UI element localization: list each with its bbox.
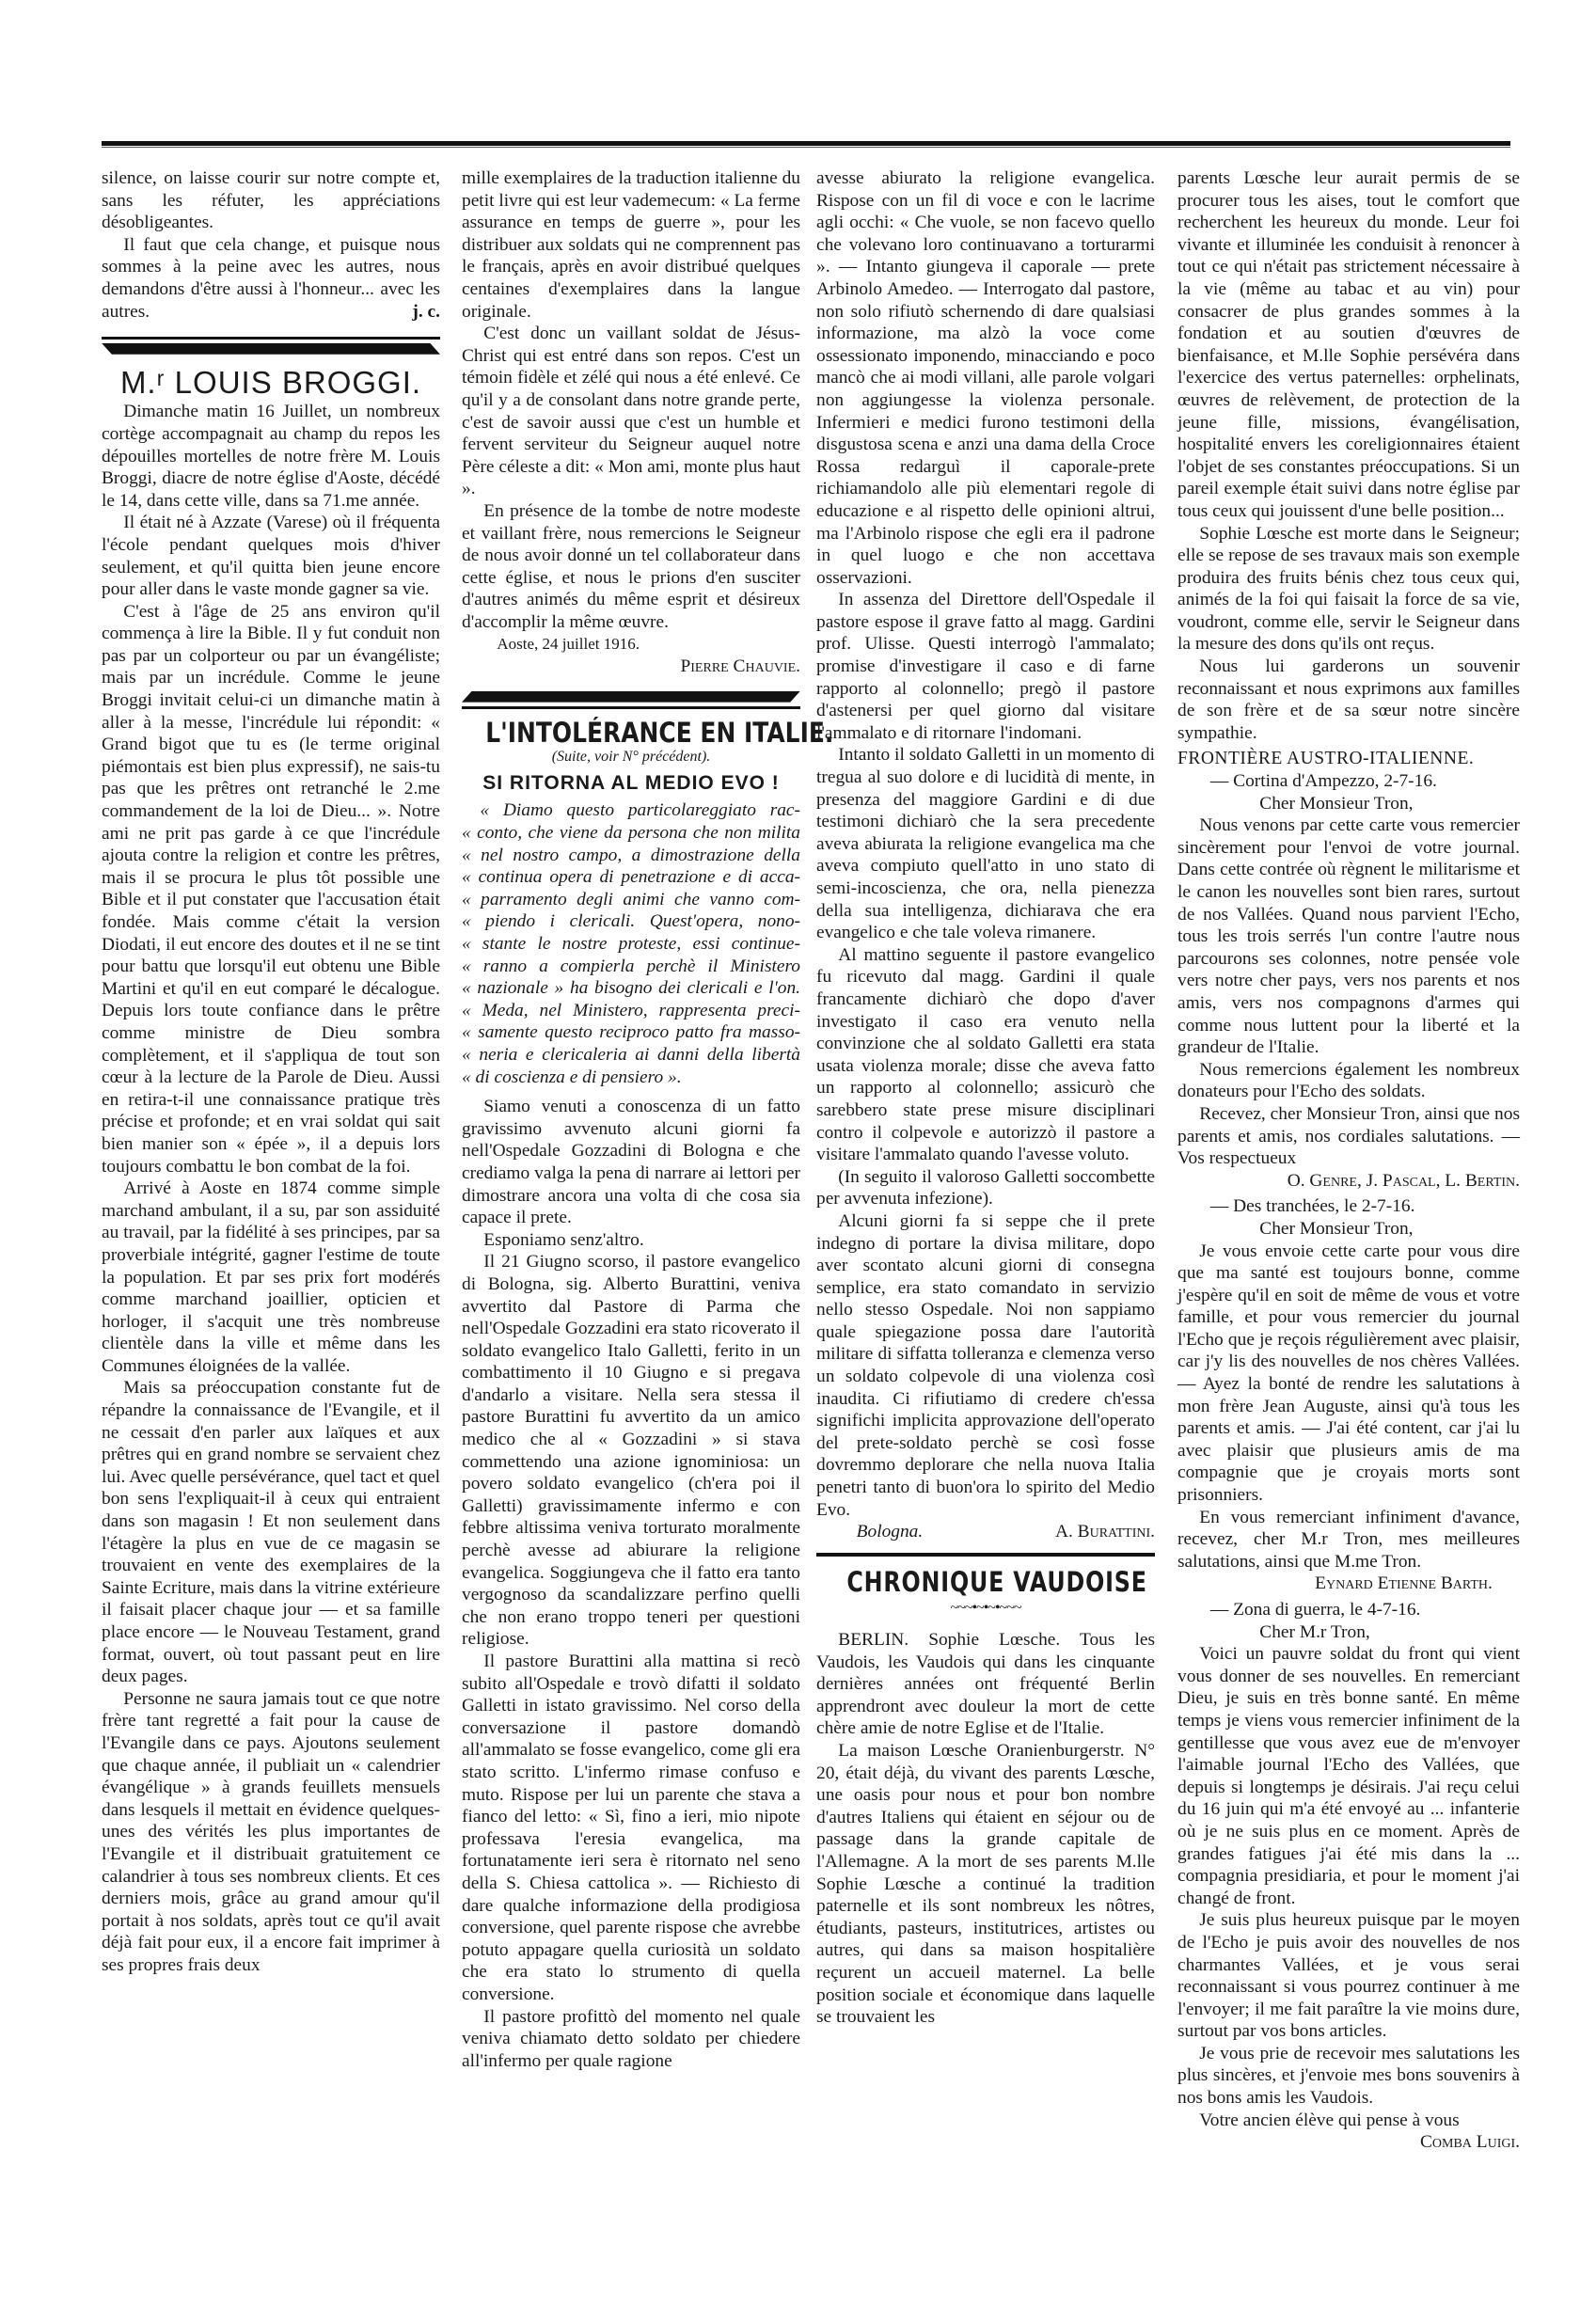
section-heading-frontiere: FRONTIÈRE AUSTRO-ITALIENNE.	[1177, 748, 1520, 770]
article-title-broggi: M.ʳ LOUIS BROGGI.	[102, 372, 440, 394]
quote-line: « parramento degli animi che vanno com-	[462, 889, 800, 911]
letter-paragraph: Nous venons par cette carte vous remerci…	[1177, 814, 1520, 1059]
section-rule	[462, 706, 800, 709]
chronique-paragraph: La maison Lœsche Oranienburgerstr. N° 20…	[816, 1740, 1155, 2029]
column-1: silence, on laisse courir sur notre comp…	[102, 167, 440, 1977]
quote-line: « neria e clericaleria ai danni della li…	[462, 1044, 800, 1067]
intolerance-paragraph: Il 21 Giugno scorso, il pastore evangeli…	[462, 1251, 800, 1651]
quote-line: « Meda, nel Ministero, rappresenta preci…	[462, 1000, 800, 1022]
letter-paragraph: Je vous envoie cette carte pour vous dir…	[1177, 1241, 1520, 1507]
quote-line: « continua opera di penetrazione e di ac…	[462, 866, 800, 889]
intolerance-continued: Intanto il soldato Galletti in un moment…	[816, 744, 1155, 943]
intolerance-continued: Al mattino seguente il pastore evangelic…	[816, 944, 1155, 1166]
broggi-paragraph: Dimanche matin 16 Juillet, un nombreux c…	[102, 401, 440, 512]
column-3: avesse abiurato la religione evangelica.…	[816, 167, 1155, 2029]
letter-salutation: Cher M.r Tron,	[1177, 1621, 1520, 1644]
intolerance-paragraph: Siamo venuti a conoscenza di un fatto gr…	[462, 1096, 800, 1229]
letter-paragraph: En vous remerciant infiniment d'avance, …	[1177, 1507, 1520, 1573]
broggi-paragraph: Mais sa préoccupation constante fut de r…	[102, 1377, 440, 1687]
quote-line: « Diamo questo particolareggiato rac-	[462, 799, 800, 822]
section-rule	[816, 1553, 1155, 1557]
broggi-paragraph: Arrivé à Aoste en 1874 comme simple marc…	[102, 1178, 440, 1377]
newspaper-page: silence, on laisse courir sur notre comp…	[0, 0, 1596, 2324]
letter-paragraph: Nous remercions également les nombreux d…	[1177, 1059, 1520, 1103]
broggi-dateline: Aoste, 24 juillet 1916.	[462, 633, 800, 656]
letter-paragraph: Voici un pauvre soldat du front qui vien…	[1177, 1643, 1520, 1909]
letter-salutation: Cher Monsieur Tron,	[1177, 1218, 1520, 1241]
intolerance-paragraph: Il pastore Burattini alla mattina si rec…	[462, 1651, 800, 2006]
chronique-continued: Sophie Lœsche est morte dans le Seigneur…	[1177, 523, 1520, 656]
section-rule	[102, 337, 440, 340]
intolerance-continued: In assenza del Direttore dell'Ospedale i…	[816, 589, 1155, 744]
letter-salutation: Cher Monsieur Tron,	[1177, 793, 1520, 815]
intolerance-signoff: Bologna. A. Burattini.	[816, 1521, 1155, 1543]
quote-line: « di coscienza e di pensiero ».	[462, 1067, 800, 1089]
broggi-paragraph: Personne ne saura jamais tout ce que not…	[102, 1688, 440, 1977]
intolerance-place: Bologna.	[816, 1521, 923, 1543]
article-title-intolerance: L'INTOLÉRANCE EN ITALIE.	[485, 722, 777, 745]
quote-block: « Diamo questo particolareggiato rac- « …	[462, 799, 800, 1088]
quote-line: « nazionale » ha bisogno dei clericali e…	[462, 977, 800, 1000]
intolerance-paragraph: Esponiamo senz'altro.	[462, 1229, 800, 1252]
chronique-continued: Nous lui garderons un souvenir reconnais…	[1177, 656, 1520, 744]
intro-signature: j. c.	[102, 301, 440, 324]
quote-line: « piendo i clericali. Quest'opera, nono-	[462, 910, 800, 933]
quote-line: « nel nostro campo, a dimostrazione dell…	[462, 845, 800, 867]
chronique-continued: parents Lœsche leur aurait permis de se …	[1177, 167, 1520, 523]
broggi-continued: mille exemplaires de la traduction itali…	[462, 167, 800, 323]
letter-paragraph: Je suis plus heureux puisque par le moye…	[1177, 1909, 1520, 2043]
section-rule-heavy	[462, 691, 800, 703]
letter-dateline: — Zona di guerra, le 4-7-16.	[1177, 1599, 1520, 1621]
column-2: mille exemplaires de la traduction itali…	[462, 167, 800, 2072]
letter-2: — Des tranchées, le 2-7-16. Cher Monsieu…	[1177, 1195, 1520, 1595]
broggi-continued: C'est donc un vaillant soldat de Jésus-C…	[462, 323, 800, 500]
top-rule-thin	[102, 147, 1510, 148]
intolerance-continued: avesse abiurato la religione evangelica.…	[816, 167, 1155, 589]
article-title-chronique: CHRONIQUE VAUDOISE	[846, 1572, 1124, 1594]
broggi-continued: En présence de la tombe de notre modeste…	[462, 500, 800, 634]
broggi-paragraph: Il était né à Azzate (Varese) où il fréq…	[102, 512, 440, 600]
intolerance-signature: A. Burattini.	[1055, 1521, 1155, 1543]
article-subheading: SI RITORNA AL MEDIO EVO !	[462, 772, 800, 795]
letter-3: — Zona di guerra, le 4-7-16. Cher M.r Tr…	[1177, 1599, 1520, 2154]
intolerance-paragraph: Il pastore profittò del momento nel qual…	[462, 2006, 800, 2073]
letter-paragraph: Je vous prie de recevoir mes salutations…	[1177, 2043, 1520, 2110]
letter-paragraph: Recevez, cher Monsieur Tron, ainsi que n…	[1177, 1103, 1520, 1170]
broggi-signature: Pierre Chauvie.	[462, 656, 800, 678]
letter-paragraph: Votre ancien élève qui pense à vous	[1177, 2110, 1520, 2132]
broggi-paragraph: C'est à l'âge de 25 ans environ qu'il co…	[102, 601, 440, 1178]
ornament-divider: ~~~•~•~•~~~	[816, 1597, 1155, 1620]
letter-dateline: — Cortina d'Ampezzo, 2-7-16.	[1177, 770, 1520, 793]
letter-1: — Cortina d'Ampezzo, 2-7-16. Cher Monsie…	[1177, 770, 1520, 1192]
quote-line: « stante le nostre proteste, essi contin…	[462, 933, 800, 956]
letter-signature: O. Genre, J. Pascal, L. Bertin.	[1177, 1170, 1520, 1193]
intolerance-continued: (In seguito il valoroso Galletti soccomb…	[816, 1166, 1155, 1210]
quote-line: « ranno a compierla perchè il Ministero	[462, 956, 800, 978]
quote-line: « samente questo reciproco patto fra mas…	[462, 1021, 800, 1044]
letter-dateline: — Des tranchées, le 2-7-16.	[1177, 1195, 1520, 1218]
intolerance-continued: Alcuni giorni fa si seppe che il prete i…	[816, 1210, 1155, 1521]
top-rule	[102, 141, 1510, 146]
quote-line: « conto, che viene da persona che non mi…	[462, 822, 800, 845]
column-4: parents Lœsche leur aurait permis de se …	[1177, 167, 1520, 2154]
intro-paragraph: silence, on laisse courir sur notre comp…	[102, 167, 440, 234]
chronique-paragraph: BERLIN. Sophie Lœsche. Tous les Vaudois,…	[816, 1629, 1155, 1740]
continuation-note: (Suite, voir N° précédent).	[462, 746, 800, 768]
letter-signature: Eynard Etienne Barth.	[1177, 1573, 1520, 1595]
letter-signature: Comba Luigi.	[1177, 2131, 1520, 2154]
section-rule-heavy	[102, 343, 440, 355]
